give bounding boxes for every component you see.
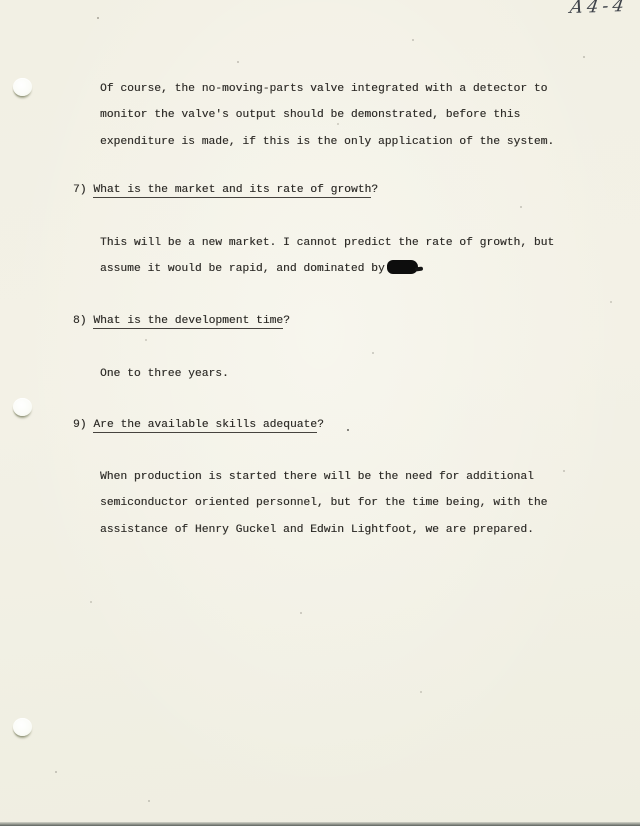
text-line: assistance of Henry Guckel and Edwin Lig… (100, 517, 547, 543)
redaction-mark (387, 260, 418, 274)
text-line: One to three years. (100, 361, 229, 387)
scan-edge-shadow (0, 822, 640, 826)
answer-paragraph-9: When production is started there will be… (100, 464, 547, 543)
question-number: 7) (73, 184, 93, 196)
scan-noise-speckles (0, 0, 2, 2)
question-title: What is the development time (93, 315, 283, 329)
question-number: 8) (73, 315, 93, 327)
question-punctuation: ? (283, 315, 290, 327)
punch-hole-bottom (13, 718, 32, 736)
text-line: Of course, the no-moving-parts valve int… (100, 76, 554, 102)
question-number: 9) (73, 419, 93, 431)
intro-paragraph: Of course, the no-moving-parts valve int… (100, 76, 554, 155)
answer-paragraph-8: One to three years. (100, 361, 229, 387)
text-line: monitor the valve's output should be dem… (100, 102, 554, 128)
question-heading-7: 7) What is the market and its rate of gr… (73, 177, 378, 203)
question-heading-8: 8) What is the development time? (73, 308, 290, 334)
punch-hole-top (13, 78, 32, 96)
question-title: What is the market and its rate of growt… (93, 184, 371, 198)
question-title: Are the available skills adequate (93, 419, 317, 433)
handwritten-page-label: A4-4 (569, 0, 630, 18)
text-line: assume it would be rapid, and dominated … (100, 256, 554, 282)
question-punctuation: ? (371, 184, 378, 196)
question-heading-9: 9) Are the available skills adequate? (73, 412, 324, 438)
question-punctuation: ? (317, 419, 324, 431)
text-line-content: assume it would be rapid, and dominated … (100, 263, 385, 275)
text-line: expenditure is made, if this is the only… (100, 129, 554, 155)
text-line: When production is started there will be… (100, 464, 547, 490)
punch-hole-middle (13, 398, 32, 416)
text-line: semiconductor oriented personnel, but fo… (100, 490, 547, 516)
answer-paragraph-7: This will be a new market. I cannot pred… (100, 230, 554, 283)
text-line: This will be a new market. I cannot pred… (100, 230, 554, 256)
scanned-document-page: A4-4 Of course, the no-moving-parts valv… (0, 0, 640, 826)
